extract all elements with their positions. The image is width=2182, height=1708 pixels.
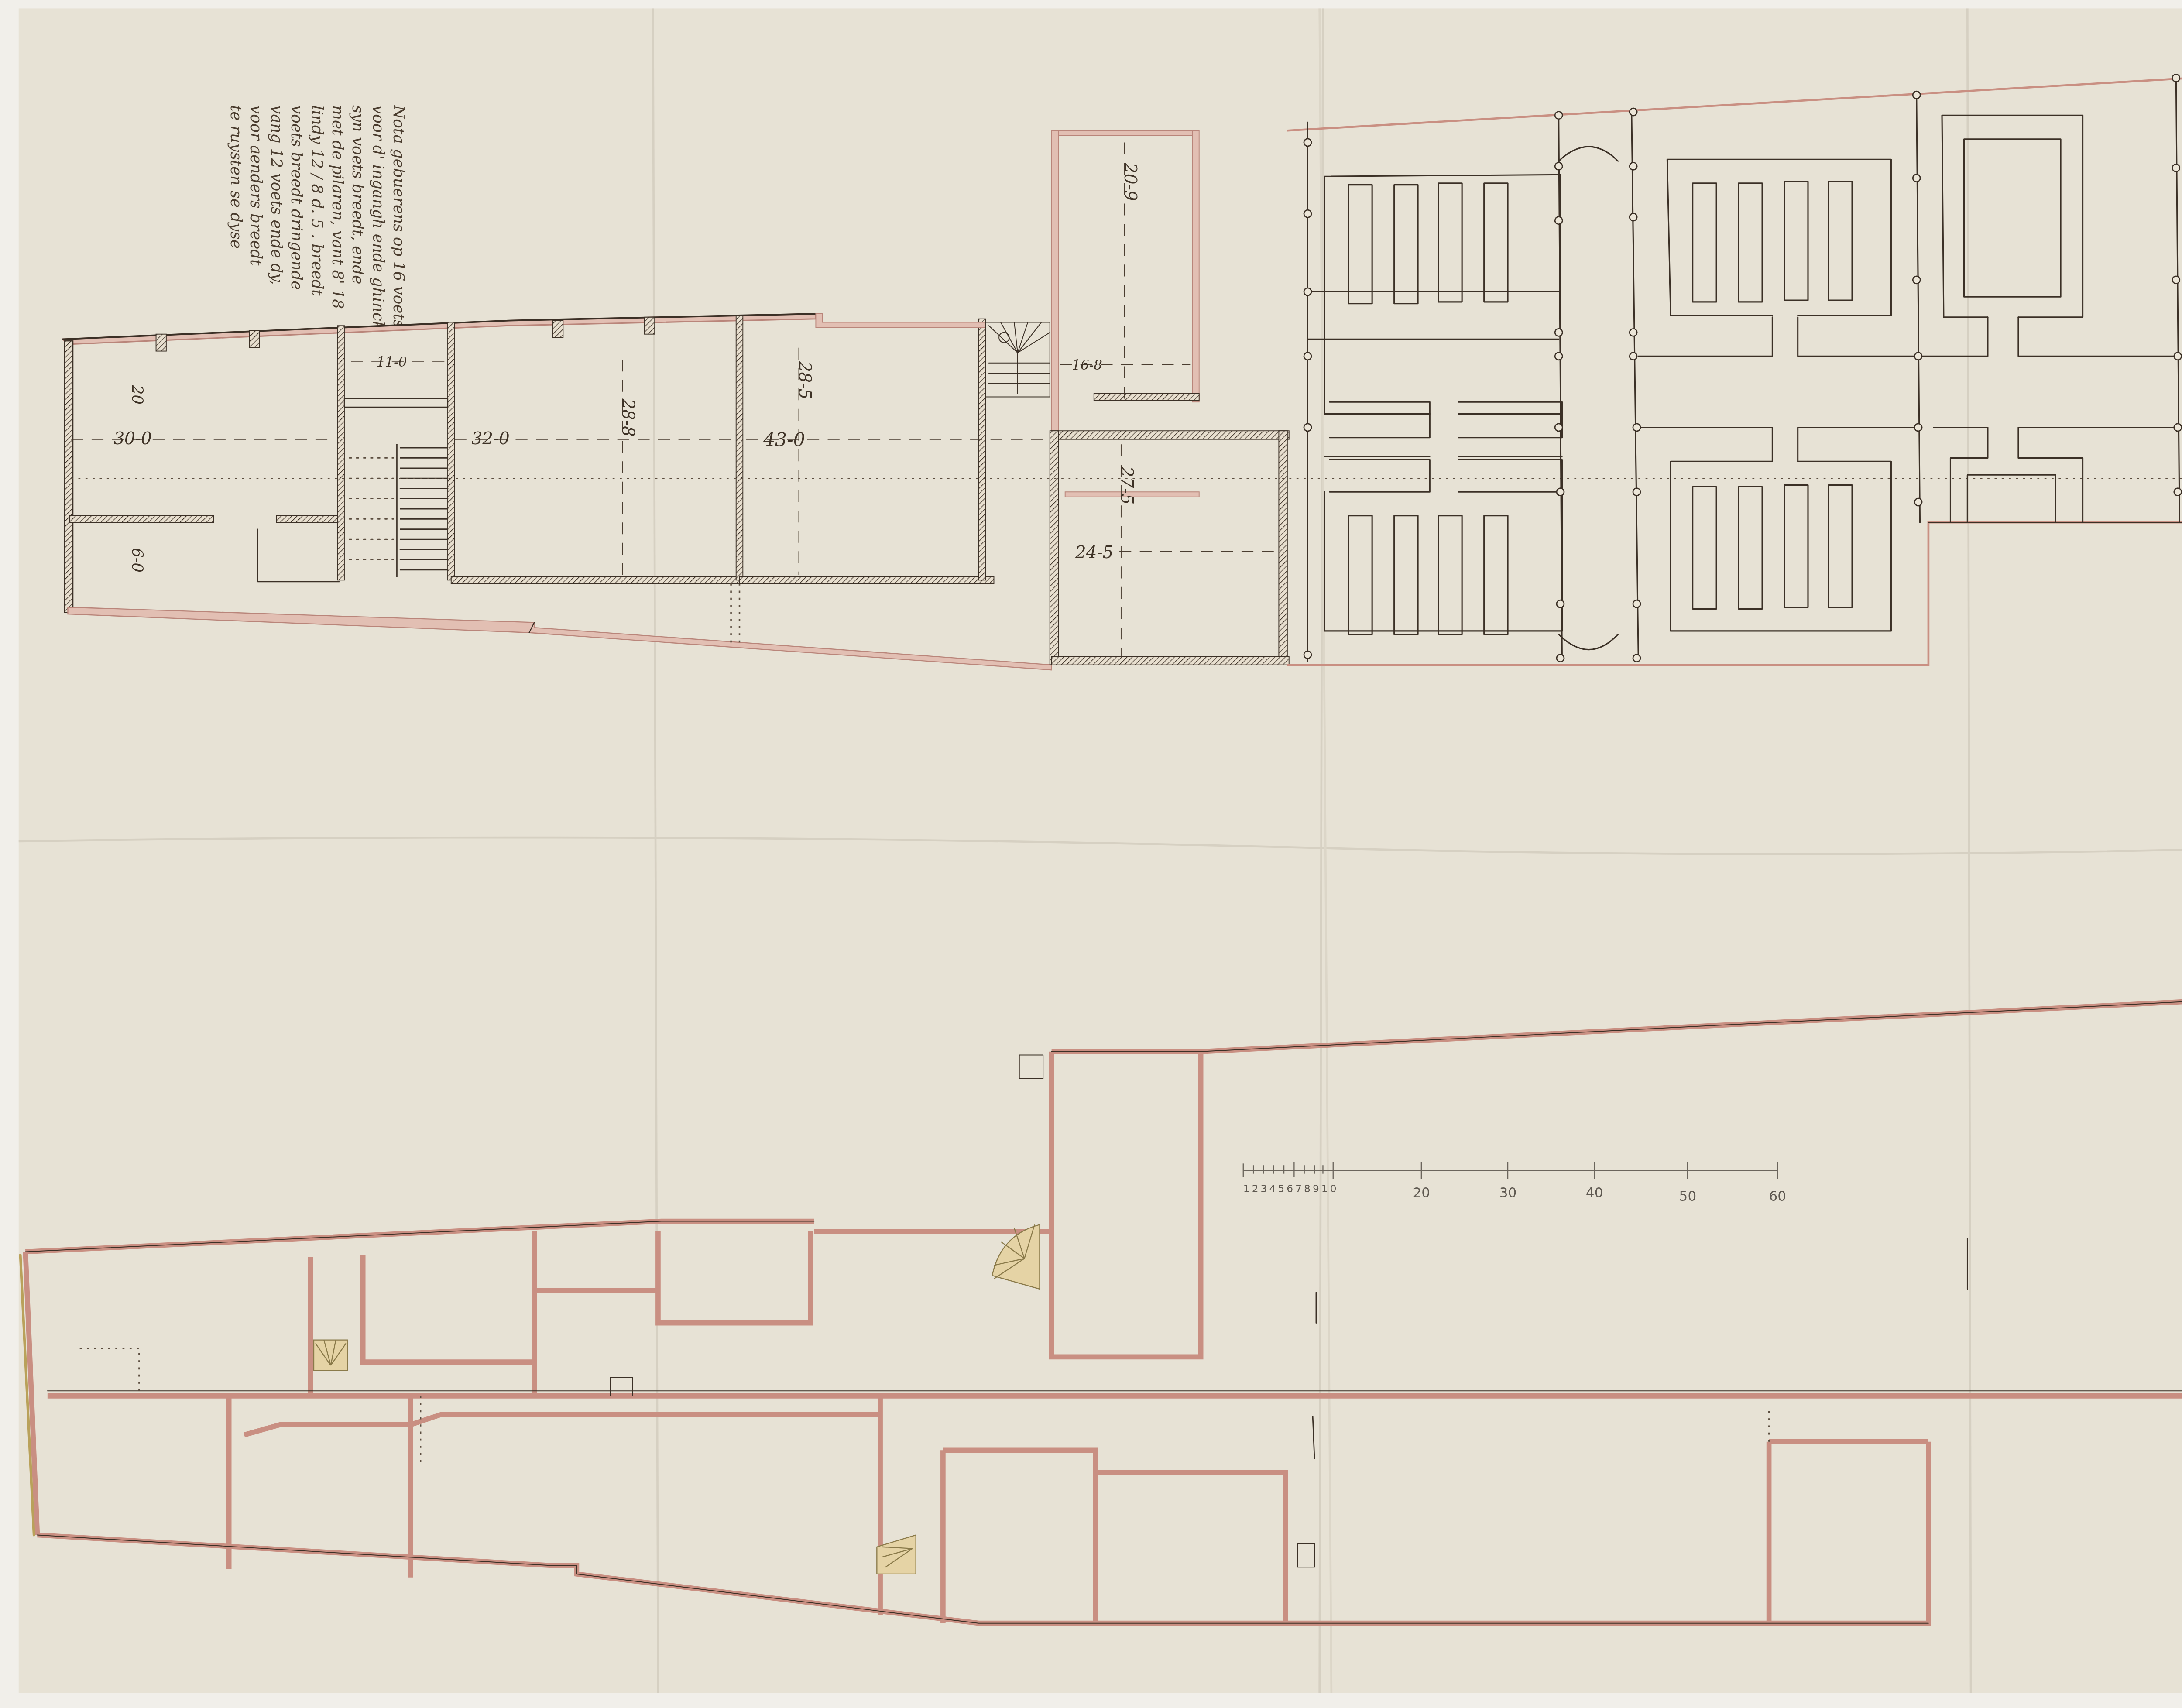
scale-label-30: 30	[1499, 1185, 1517, 1201]
dim-label-28b: 28-5	[795, 361, 814, 399]
dim-label-27: 27-5	[1117, 466, 1136, 504]
scale-small-labels: 12345678910	[1243, 1183, 1337, 1195]
dim-label-11: 11-0	[377, 354, 407, 370]
note-line-3: syn voets breedt, ende	[349, 105, 367, 284]
dim-label-20: 20	[128, 384, 146, 405]
dim-label-16: 16-8	[1072, 357, 1102, 373]
scale-label-40: 40	[1586, 1185, 1603, 1201]
dim-label-43: 43-0	[763, 429, 805, 451]
note-line-7: vang 12 voets ende dy,	[268, 105, 285, 285]
note-line-9: te ruysten se dyse	[227, 105, 245, 249]
dim-label-24: 24-5	[1075, 543, 1113, 562]
note-line-6: voets breedt dringende	[288, 105, 305, 290]
note-line-2: voor d' ingangh ende ghinck	[369, 105, 387, 330]
dim-label-32: 32-0	[471, 429, 509, 449]
scale-label-50: 50	[1679, 1189, 1697, 1204]
scale-label-60: 60	[1769, 1189, 1787, 1204]
dim-label-20-9: 20-9	[1120, 162, 1140, 201]
dim-label-6: 6-0	[128, 548, 146, 572]
scale-label-20: 20	[1413, 1185, 1430, 1201]
note-line-4: met de pilaren, vant 8' 18	[329, 105, 347, 309]
floor-plan-drawing: Nota gebuerens op 16 voets voor d' ingan…	[0, 0, 2182, 1708]
note-line-5: lindy 12 / 8 d. 5 . breedt	[308, 105, 326, 296]
note-line-8: voor aenders breedt	[247, 105, 265, 266]
dim-label-30: 30-0	[113, 429, 151, 449]
dim-label-28a: 28-8	[618, 398, 638, 436]
note-line-1: Nota gebuerens op 16 voets	[390, 105, 408, 328]
